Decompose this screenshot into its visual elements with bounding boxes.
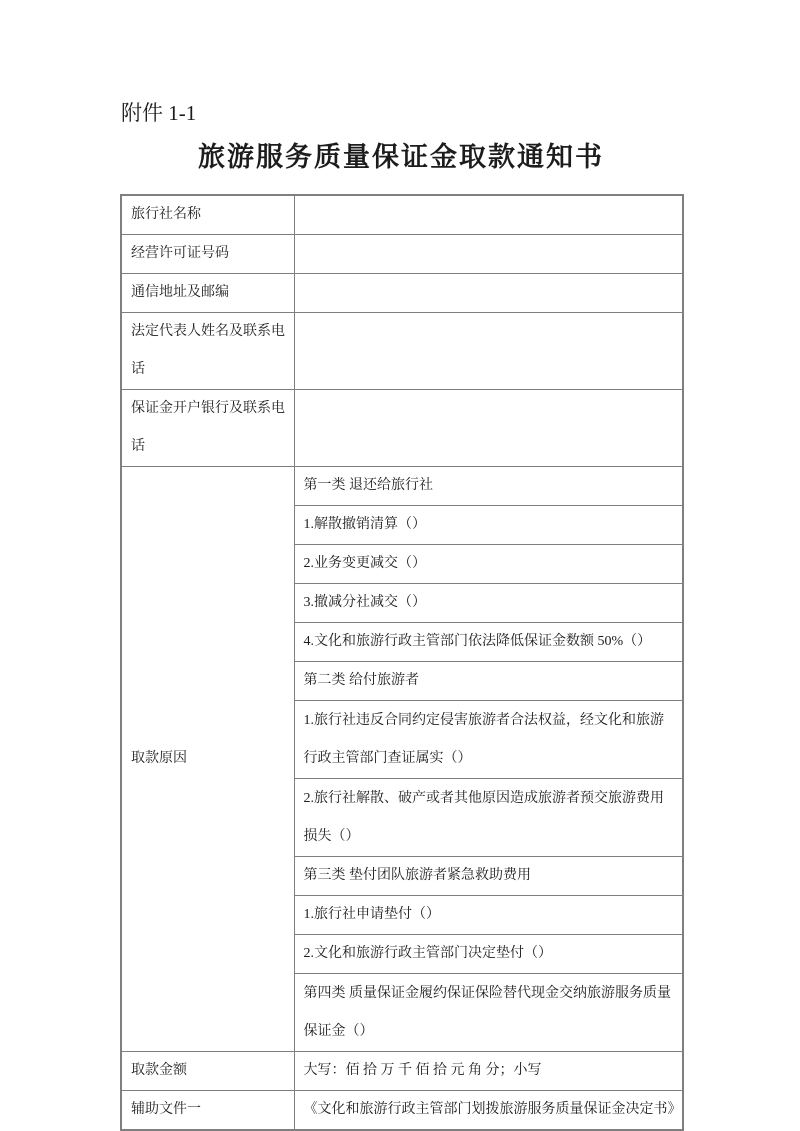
reason-item-cell: 2.业务变更减交（）	[294, 545, 683, 584]
table-row: 通信地址及邮编	[121, 274, 683, 313]
reason-item-cell: 1.解散撤销清算（）	[294, 506, 683, 545]
amount-label-cell: 取款金额	[121, 1052, 294, 1091]
aux-doc-label-cell: 辅助文件一	[121, 1091, 294, 1131]
table-row: 取款原因 第一类 退还给旅行社	[121, 467, 683, 506]
table-row: 旅行社名称	[121, 195, 683, 235]
info-row-label: 经营许可证号码	[121, 235, 294, 274]
table-row: 取款金额 大写：佰 拾 万 千 佰 拾 元 角 分；小写	[121, 1052, 683, 1091]
attachment-label: 附件 1-1	[121, 98, 196, 128]
reason-label-cell: 取款原因	[121, 467, 294, 1052]
reason-item-cell: 4.文化和旅游行政主管部门依法降低保证金数额 50%（）	[294, 623, 683, 662]
info-row-label: 保证金开户银行及联系电话	[121, 390, 294, 467]
aux-doc-value-cell: 《文化和旅游行政主管部门划拨旅游服务质量保证金决定书》	[294, 1091, 683, 1131]
info-row-value	[294, 390, 683, 467]
document-page: 附件 1-1 旅游服务质量保证金取款通知书 旅行社名称 经营许可证号码 通信地址…	[0, 0, 800, 1131]
reason-item-cell: 第二类 给付旅游者	[294, 662, 683, 701]
page-title: 旅游服务质量保证金取款通知书	[120, 135, 682, 174]
info-row-value	[294, 235, 683, 274]
reason-item-cell: 2.旅行社解散、破产或者其他原因造成旅游者预交旅游费用损失（）	[294, 779, 683, 857]
reason-item-cell: 1.旅行社违反合同约定侵害旅游者合法权益，经文化和旅游行政主管部门查证属实（）	[294, 701, 683, 779]
amount-value-cell: 大写：佰 拾 万 千 佰 拾 元 角 分；小写	[294, 1052, 683, 1091]
notice-form-table: 旅行社名称 经营许可证号码 通信地址及邮编 法定代表人姓名及联系电话 保证金开户…	[120, 194, 684, 1131]
reason-item-cell: 3.撤减分社减交（）	[294, 584, 683, 623]
reason-item-cell: 2.文化和旅游行政主管部门决定垫付（）	[294, 935, 683, 974]
info-row-label: 法定代表人姓名及联系电话	[121, 313, 294, 390]
table-row: 辅助文件一 《文化和旅游行政主管部门划拨旅游服务质量保证金决定书》	[121, 1091, 683, 1131]
reason-item-cell: 第四类 质量保证金履约保证保险替代现金交纳旅游服务质量保证金（）	[294, 974, 683, 1052]
info-row-value	[294, 313, 683, 390]
info-row-label: 通信地址及邮编	[121, 274, 294, 313]
table-row: 法定代表人姓名及联系电话	[121, 313, 683, 390]
table-row: 保证金开户银行及联系电话	[121, 390, 683, 467]
reason-item-cell: 第三类 垫付团队旅游者紧急救助费用	[294, 857, 683, 896]
info-row-value	[294, 195, 683, 235]
table-row: 经营许可证号码	[121, 235, 683, 274]
reason-item-cell: 第一类 退还给旅行社	[294, 467, 683, 506]
info-row-label: 旅行社名称	[121, 195, 294, 235]
info-row-value	[294, 274, 683, 313]
reason-item-cell: 1.旅行社申请垫付（）	[294, 896, 683, 935]
